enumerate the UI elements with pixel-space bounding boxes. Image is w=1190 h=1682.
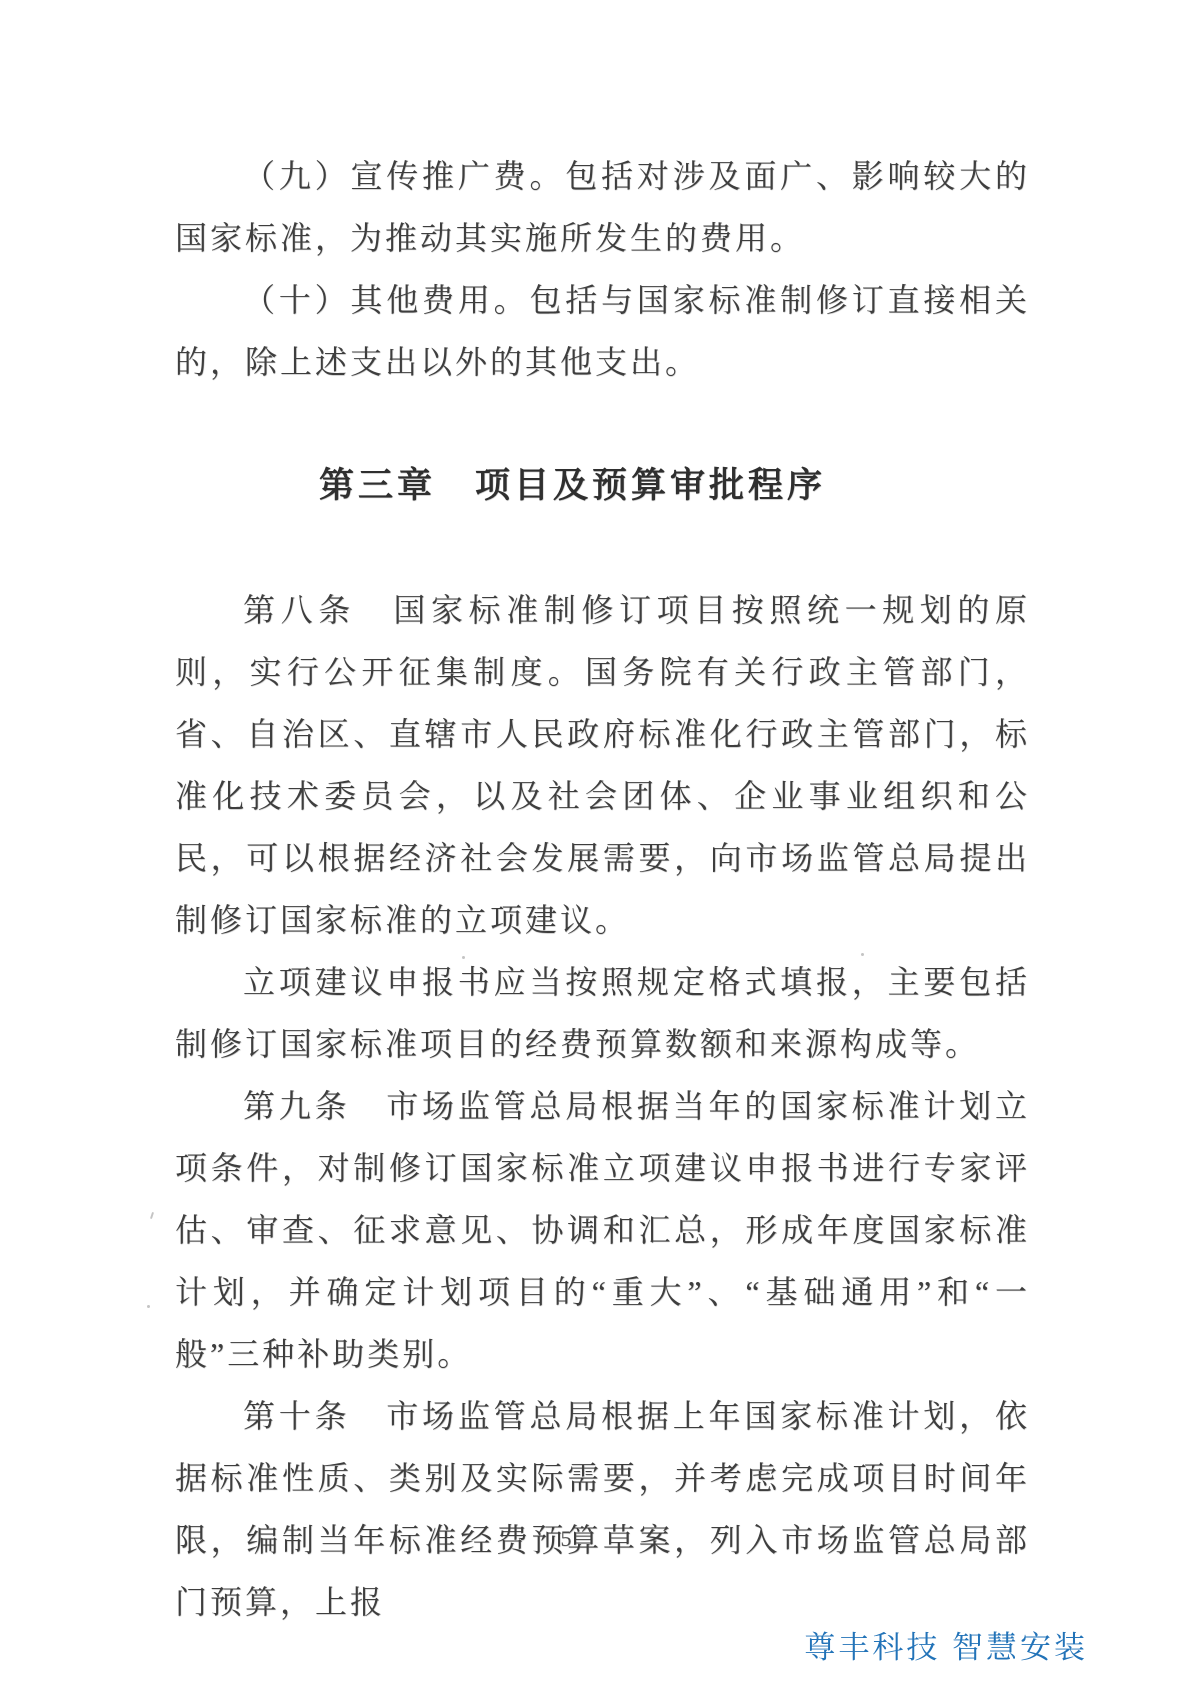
scan-speck [253,231,256,234]
watermark-text: 尊丰科技 智慧安装 [804,1628,1088,1668]
paragraph-item-9-promotion-fee: （九）宣传推广费。包括对涉及面广、影响较大的国家标准，为推动其实施所发生的费用。 [175,145,1030,269]
scanned-document-page: （九）宣传推广费。包括对涉及面广、影响较大的国家标准，为推动其实施所发生的费用。… [0,0,1190,1682]
paragraph-proposal-form: 立项建议申报书应当按照规定格式填报，主要包括制修订国家标准项目的经费预算数额和来… [175,951,1030,1075]
paragraph-article-9: 第九条 市场监管总局根据当年的国家标准计划立项条件，对制修订国家标准立项建议申报… [175,1075,1030,1385]
paragraph-article-10: 第十条 市场监管总局根据上年国家标准计划，依据标准性质、类别及实际需要，并考虑完… [175,1385,1030,1633]
paragraph-item-10-other-fee: （十）其他费用。包括与国家标准制修订直接相关的，除上述支出以外的其他支出。 [175,269,1030,393]
paragraph-article-8: 第八条 国家标准制修订项目按照统一规划的原则，实行公开征集制度。国务院有关行政主… [175,579,1030,951]
scan-speck [147,1305,150,1308]
page-number: 5 [0,1524,1132,1554]
document-body: （九）宣传推广费。包括对涉及面广、影响较大的国家标准，为推动其实施所发生的费用。… [175,145,1030,1633]
chapter-3-heading: 第三章 项目及预算审批程序 [145,455,1000,517]
scan-speck [150,1212,154,1219]
scan-speck [462,956,465,959]
scan-speck [861,953,864,956]
